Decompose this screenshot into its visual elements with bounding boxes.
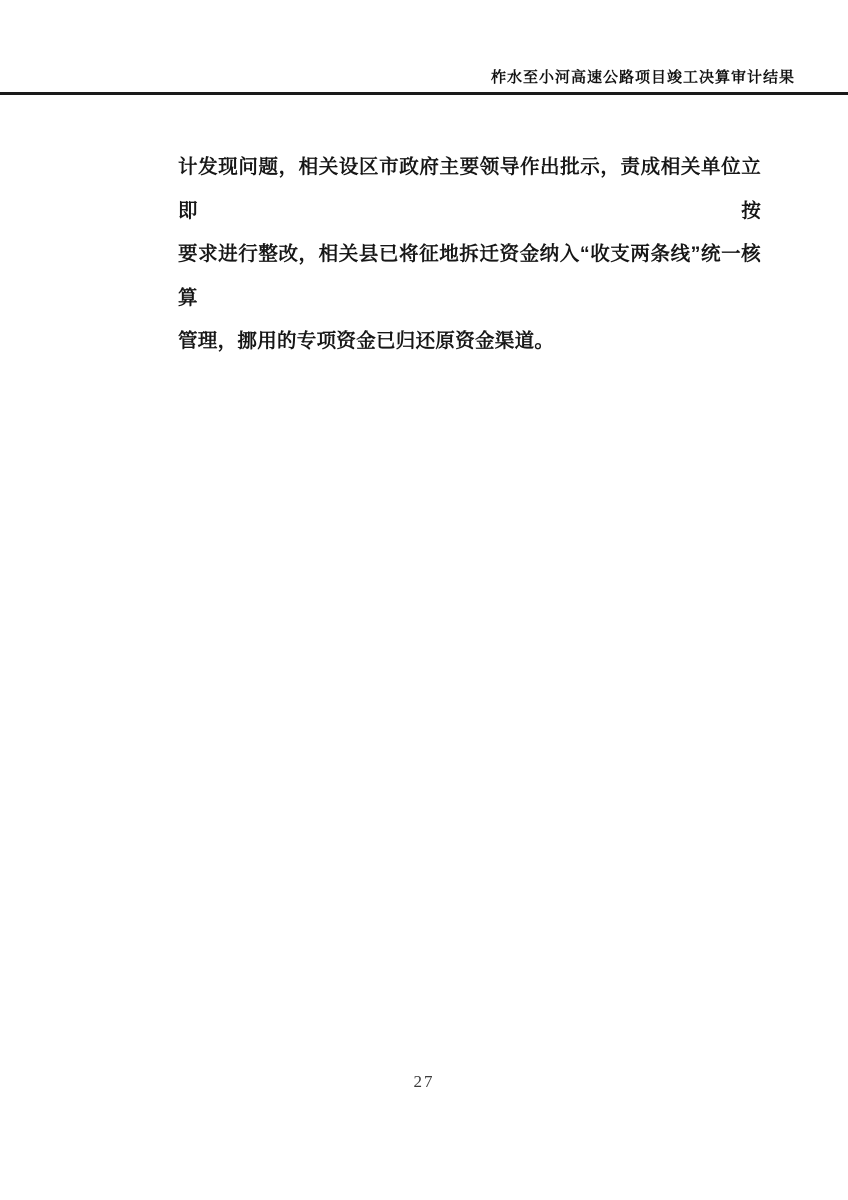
document-page: 柞水至小河高速公路项目竣工决算审计结果 计发现问题，相关设区市政府主要领导作出批…	[0, 0, 848, 1200]
body-paragraph: 计发现问题，相关设区市政府主要领导作出批示，责成相关单位立即按 要求进行整改，相…	[178, 146, 761, 364]
page-number: 27	[414, 1072, 435, 1091]
paragraph-line-1: 计发现问题，相关设区市政府主要领导作出批示，责成相关单位立即按	[178, 146, 761, 233]
page-footer: 27	[0, 1072, 848, 1092]
header-rule	[0, 92, 848, 95]
paragraph-line-3: 管理，挪用的专项资金已归还原资金渠道。	[178, 320, 761, 364]
paragraph-line-2: 要求进行整改，相关县已将征地拆迁资金纳入“收支两条线”统一核算	[178, 233, 761, 320]
running-header-title: 柞水至小河高速公路项目竣工决算审计结果	[0, 66, 795, 87]
